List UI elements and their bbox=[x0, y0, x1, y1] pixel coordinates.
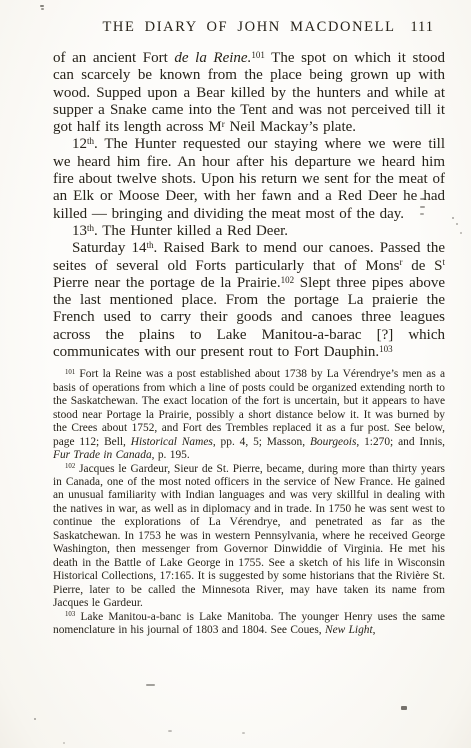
diary-paragraph-continuation: of an ancient Fort de la Reine.101 The s… bbox=[53, 50, 445, 136]
diary-text: of an ancient Fort de la Reine.101 The s… bbox=[53, 50, 445, 361]
scan-artifact bbox=[146, 684, 155, 686]
diary-paragraph-entry-13th: 13th. The Hunter killed a Red Deer. bbox=[53, 223, 445, 240]
scan-artifact bbox=[420, 206, 425, 208]
footnote-101: 101 Fort la Reine was a post established… bbox=[53, 368, 445, 462]
footnote-103: 103 Lake Manitou-a-banc is Lake Manitoba… bbox=[53, 611, 445, 638]
scan-artifact bbox=[242, 732, 245, 734]
page-number: 111 bbox=[410, 19, 434, 36]
scan-artifact bbox=[34, 718, 36, 720]
scan-artifact bbox=[452, 217, 454, 219]
page-header: THE DIARY OF JOHN MACDONELL 111 bbox=[53, 0, 445, 37]
scan-artifact bbox=[420, 198, 425, 200]
book-page: THE DIARY OF JOHN MACDONELL 111 of an an… bbox=[0, 0, 471, 748]
scan-artifact bbox=[456, 223, 458, 225]
scan-artifact bbox=[40, 5, 44, 7]
diary-paragraph-entry-12th: 12th. The Hunter requested our staying w… bbox=[53, 136, 445, 222]
running-title: THE DIARY OF JOHN MACDONELL bbox=[53, 19, 445, 36]
footnote-102: 102 Jacques le Gardeur, Sieur de St. Pie… bbox=[53, 463, 445, 611]
scan-artifact bbox=[63, 742, 65, 744]
scan-artifact bbox=[401, 706, 407, 710]
scan-artifact bbox=[41, 8, 44, 10]
diary-paragraph-entry-14th: Saturday 14th. Raised Bark to mend our c… bbox=[53, 240, 445, 361]
scan-artifact bbox=[420, 213, 424, 215]
scan-artifact bbox=[168, 730, 172, 732]
footnotes-section: 101 Fort la Reine was a post established… bbox=[53, 368, 445, 637]
scan-artifact bbox=[460, 232, 462, 234]
scan-artifact bbox=[233, 229, 235, 232]
